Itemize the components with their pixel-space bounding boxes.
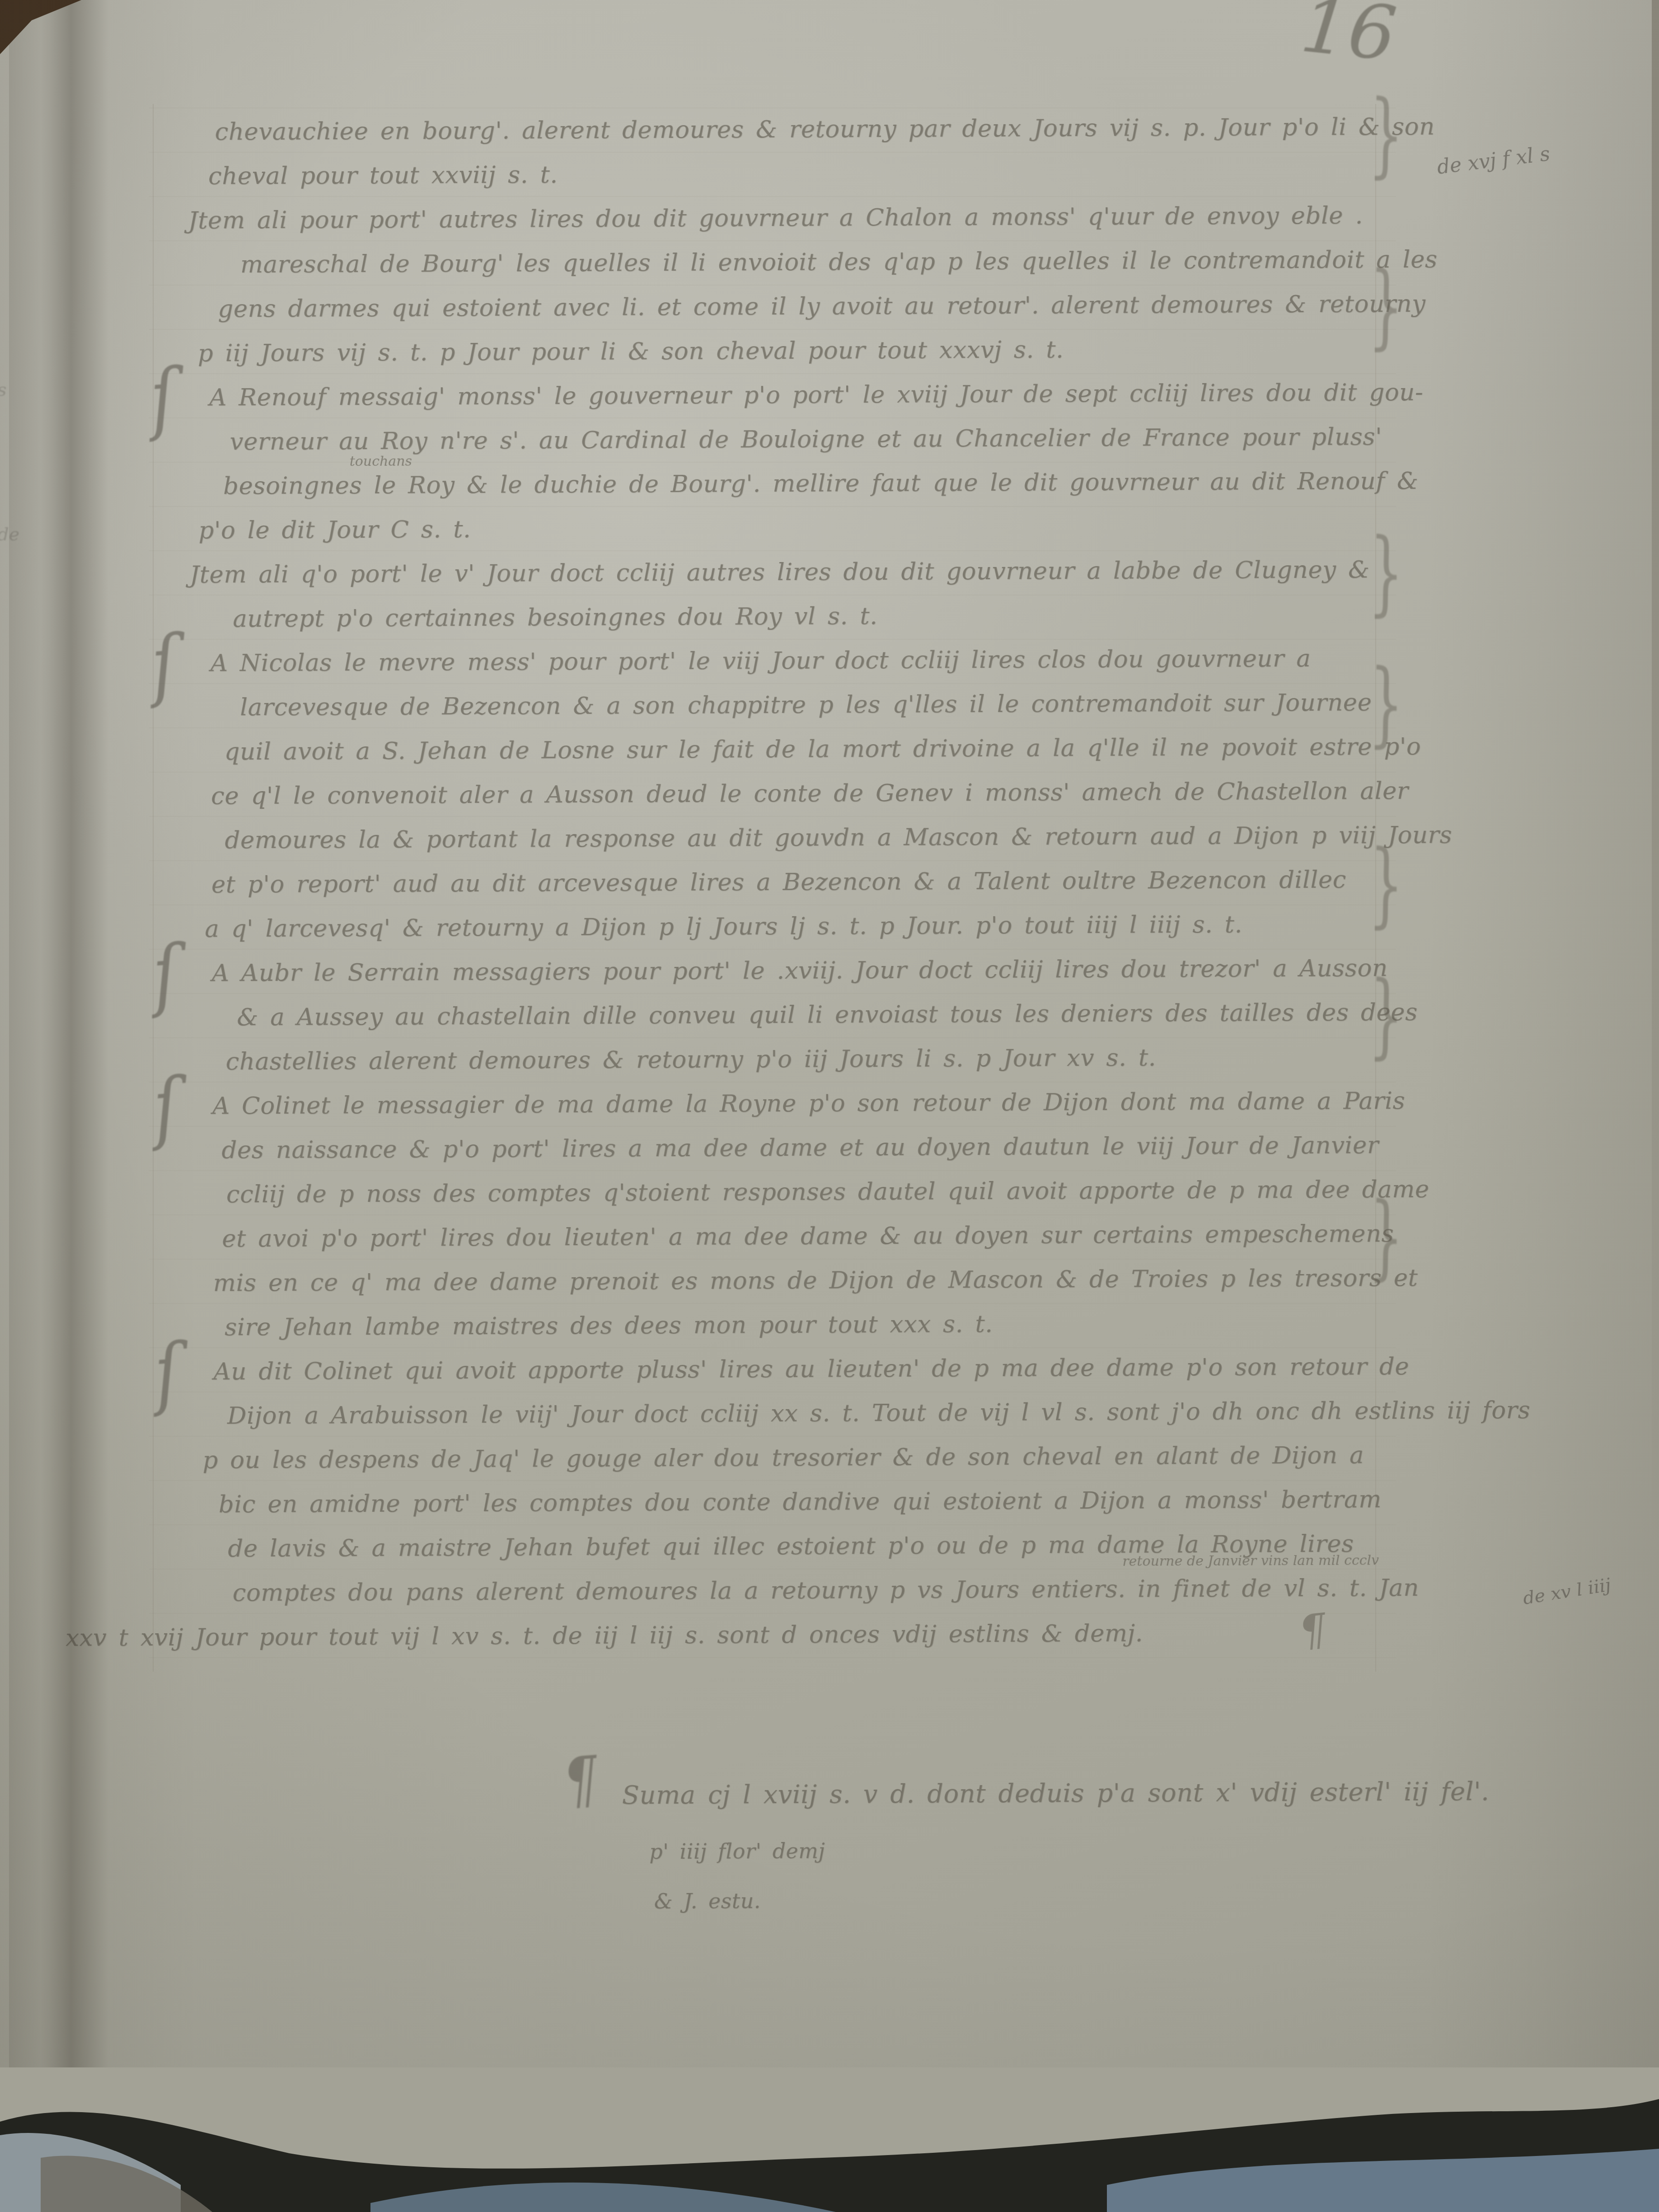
right-brace-icon: } <box>1368 527 1405 621</box>
entry-line: Jtem ali q'o port' le v' Jour doct cclii… <box>190 556 1370 588</box>
right-brace-icon: } <box>1368 839 1405 933</box>
entry-line: besoingnes le Roy & le duchie de Bourg'.… <box>223 467 1419 500</box>
entry-line: larcevesque de Bezencon & a son chappitr… <box>240 689 1372 721</box>
interlinear-correction: touchans <box>350 454 412 470</box>
entry-line: cheval pour tout xxviij s. t. <box>208 161 558 190</box>
table-and-fabric-under-book <box>0 2067 1659 2212</box>
summary-line: Suma cj l xviij s. v d. dont deduis p'a … <box>622 1777 1490 1810</box>
page-edge <box>1652 0 1659 1548</box>
entry-line: p ou les despens de Jaq' le gouge aler d… <box>202 1441 1364 1474</box>
entry-line: mareschal de Bourg' les quelles il li en… <box>240 246 1438 279</box>
entry-line: demoures la & portant la response au dit… <box>225 821 1452 854</box>
entry-line: chastellies alerent demoures & retourny … <box>225 1044 1156 1075</box>
page-fold-shadow <box>41 0 108 2212</box>
left-margin-rule <box>153 104 154 1672</box>
entry-line: des naissance & p'o port' lires a ma dee… <box>221 1131 1379 1164</box>
entry-line: mis en ce q' ma dee dame prenoit es mons… <box>213 1264 1418 1297</box>
entry-line: sire Jehan lambe maistres des dees mon p… <box>225 1310 993 1341</box>
left-edge-ghost-mark: s <box>0 380 7 400</box>
margin-note-bottom-right: de xv l iiij <box>1522 1575 1612 1609</box>
entry-line: A Renouf messaig' monss' le gouverneur p… <box>209 379 1423 412</box>
right-brace-icon: } <box>1368 260 1405 354</box>
manuscript-photo: 16 de xvj f xl s s de chevauchiee en bou… <box>0 0 1659 2212</box>
entry-line: Dijon a Arabuisson le viij' Jour doct cc… <box>227 1397 1530 1430</box>
entry-line: ccliij de p noss des comptes q'stoient r… <box>226 1176 1429 1209</box>
entry-line: gens darmes qui estoient avec li. et com… <box>218 290 1426 323</box>
entry-line: A Aubr le Serrain messagiers pour port' … <box>212 954 1388 987</box>
line-end-flourish: ¶ <box>1296 1605 1329 1657</box>
entry-line: autrept p'o certainnes besoingnes dou Ro… <box>233 602 877 633</box>
paragraph-mark-icon: ſ <box>151 1068 182 1147</box>
entry-line: p iij Jours vij s. t. p Jour pour li & s… <box>198 336 1064 367</box>
entry-line: a q' larcevesq' & retourny a Dijon p lj … <box>205 911 1242 943</box>
margin-note-top-right: de xvj f xl s <box>1436 142 1551 179</box>
entry-line: Au dit Colinet qui avoit apporte pluss' … <box>213 1353 1409 1386</box>
paragraph-mark-icon: ſ <box>150 935 181 1014</box>
entry-line: & a Aussey au chastellain dille conveu q… <box>237 998 1418 1031</box>
summary-paragraph-mark-icon: ¶ <box>561 1748 600 1813</box>
entry-line: ce q'l le convenoit aler a Ausson deud l… <box>211 777 1409 810</box>
entry-line: chevauchiee en bourg'. alerent demoures … <box>215 113 1434 146</box>
entry-line: quil avoit a S. Jehan de Losne sur le fa… <box>224 733 1421 766</box>
text-block: chevauchiee en bourg'. alerent demoures … <box>153 0 1410 2212</box>
paragraph-mark-icon: ſ <box>149 625 179 704</box>
entry-line: et avoi p'o port' lires dou lieuten' a m… <box>222 1220 1394 1252</box>
right-brace-icon: } <box>1368 658 1405 752</box>
summary-note: p' iiij flor' demj <box>649 1839 825 1864</box>
entry-line: xxv t xvij Jour pour tout vij l xv s. t.… <box>66 1620 1143 1652</box>
summary-note: & J. estu. <box>654 1889 761 1913</box>
entry-line: bic en amidne port' les comptes dou cont… <box>219 1486 1382 1518</box>
entry-line: Jtem ali pour port' autres lires dou dit… <box>188 202 1363 234</box>
right-brace-icon: } <box>1368 1191 1405 1285</box>
entry-line: comptes dou pans alerent demoures la a r… <box>233 1574 1419 1607</box>
paragraph-mark-icon: ſ <box>148 358 178 438</box>
entry-line: verneur au Roy n're s'. au Cardinal de B… <box>230 423 1382 455</box>
entry-line: p'o le dit Jour C s. t. <box>198 516 471 544</box>
right-brace-icon: } <box>1368 970 1405 1064</box>
entry-line: et p'o report' aud au dit arcevesque lir… <box>211 866 1346 899</box>
interlinear-addition: retourne de Janvier vins lan mil ccclv <box>1122 1552 1379 1569</box>
paragraph-mark-icon: ſ <box>152 1333 183 1413</box>
right-brace-icon: } <box>1368 89 1405 183</box>
entry-line: A Colinet le messagier de ma dame la Roy… <box>212 1087 1406 1120</box>
entry-line: A Nicolas le mevre mess' pour port' le v… <box>211 645 1311 677</box>
